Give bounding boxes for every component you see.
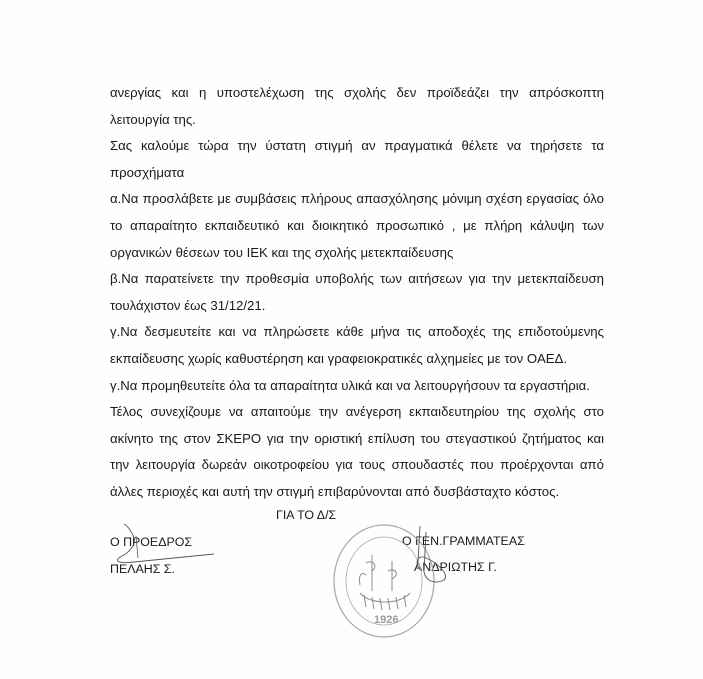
demand-c: γ.Να δεσμευτείτε και να πληρώσετε κάθε μ… xyxy=(110,319,604,372)
text-line: α.Να προσλάβετε με συμβάσεις πλήρους απα… xyxy=(110,186,604,213)
paragraph-closing: Τέλος συνεχίζουμε να απαιτούμε την ανέγε… xyxy=(110,399,604,505)
text-line: Τέλος συνεχίζουμε να απαιτούμε την ανέγε… xyxy=(110,399,604,426)
president-name: ΠΕΛΑΗΣ Σ. xyxy=(110,562,175,576)
text-line: οργανικών θέσεων του ΙΕΚ και της σχολής … xyxy=(110,240,604,267)
text-line: ανεργίας και η υποστελέχωση της σχολής δ… xyxy=(110,80,604,107)
text-line: λειτουργία της. xyxy=(110,107,604,134)
demand-a: α.Να προσλάβετε με συμβάσεις πλήρους απα… xyxy=(110,186,604,266)
text-line: την λειτουργία δωρεάν οικοτροφείου για τ… xyxy=(110,452,604,479)
text-line: β.Να παρατείνετε την προθεσμία υποβολής … xyxy=(110,266,604,293)
text-line: ακίνητο της στον ΣΚΕΡΟ για την οριστική … xyxy=(110,426,604,453)
paragraph-call: Σας καλούμε τώρα την ύστατη στιγμή αν πρ… xyxy=(110,133,604,186)
paragraph-intro-continuation: ανεργίας και η υποστελέχωση της σχολής δ… xyxy=(110,80,604,133)
text-line: τουλάχιστον έως 31/12/21. xyxy=(110,293,604,320)
text-line: άλλες περιοχές και αυτή την στιγμή επιβα… xyxy=(110,479,604,506)
union-stamp-icon: 1926 xyxy=(330,515,442,645)
text-line: γ.Να προμηθευτείτε όλα τα απαραίτητα υλι… xyxy=(110,373,604,400)
stamp-year: 1926 xyxy=(374,614,398,626)
document-page: ανεργίας και η υποστελέχωση της σχολής δ… xyxy=(0,0,703,679)
text-line: γ.Να δεσμευτείτε και να πληρώσετε κάθε μ… xyxy=(110,319,604,346)
demand-d: γ.Να προμηθευτείτε όλα τα απαραίτητα υλι… xyxy=(110,373,604,400)
text-line: εκπαίδευσης χωρίς καθυστέρηση και γραφει… xyxy=(110,346,604,373)
text-line: το απαραίτητο εκπαιδευτικό και διοικητικ… xyxy=(110,213,604,240)
for-board-label: ΓΙΑ ΤΟ Δ/Σ xyxy=(276,508,336,522)
text-line: προσχήματα xyxy=(110,160,604,187)
president-title: Ο ΠΡΟΕΔΡΟΣ xyxy=(110,535,192,549)
letter-body: ανεργίας και η υποστελέχωση της σχολής δ… xyxy=(110,80,604,506)
text-line: Σας καλούμε τώρα την ύστατη στιγμή αν πρ… xyxy=(110,133,604,160)
demand-b: β.Να παρατείνετε την προθεσμία υποβολής … xyxy=(110,266,604,319)
